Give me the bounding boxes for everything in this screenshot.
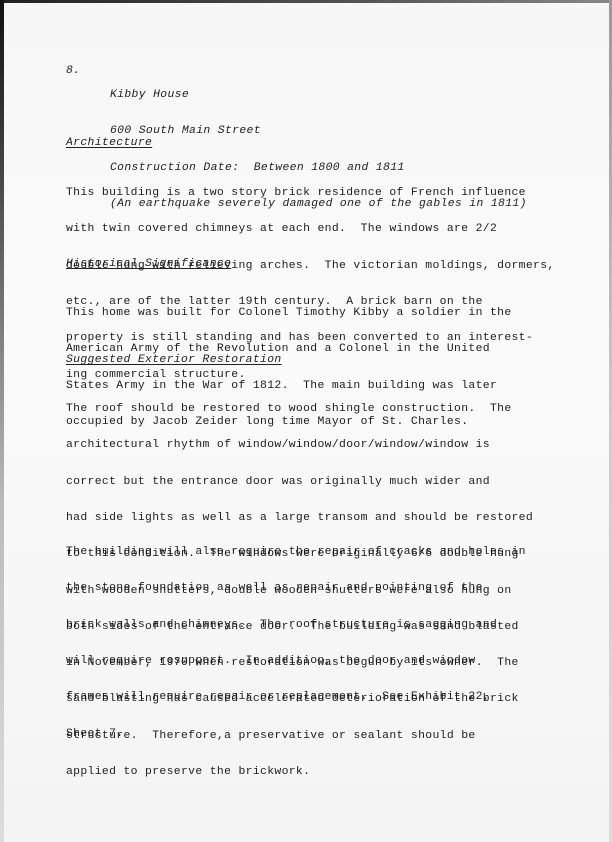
heading-suggested-exterior-restoration: Suggested Exterior Restoration <box>66 354 282 366</box>
text-line: correct but the entrance door was origin… <box>66 476 533 488</box>
property-address: 600 South Main Street <box>110 125 527 137</box>
document-page: 8. Kibby House 600 South Main Street Con… <box>0 0 612 842</box>
text-line: This building is a two story brick resid… <box>66 187 555 199</box>
text-line: brick walls and chimneys. The roof struc… <box>66 619 526 631</box>
text-line: applied to preserve the brickwork. <box>66 766 533 778</box>
text-line: will require resupport. In addition, the… <box>66 655 526 667</box>
text-line: This home was built for Colonel Timothy … <box>66 307 512 319</box>
heading-architecture: Architecture <box>66 137 152 149</box>
property-name: Kibby House <box>110 89 527 101</box>
page-top-edge <box>0 0 612 3</box>
paragraph-repair: The building will also require the repai… <box>66 522 526 764</box>
text-line: architectural rhythm of window/window/do… <box>66 439 533 451</box>
text-line: Sheet 7. <box>66 728 526 740</box>
text-line: with twin covered chimneys at each end. … <box>66 223 555 235</box>
page-left-edge <box>0 0 4 842</box>
text-line: the stone foundation as well as repair a… <box>66 582 526 594</box>
text-line: frames will require repair or replacemen… <box>66 691 526 703</box>
text-line: The roof should be restored to wood shin… <box>66 403 533 415</box>
text-line: The building will also require the repai… <box>66 546 526 558</box>
item-number: 8. <box>66 65 80 77</box>
heading-historical-significance: Historical Significance <box>66 258 231 270</box>
